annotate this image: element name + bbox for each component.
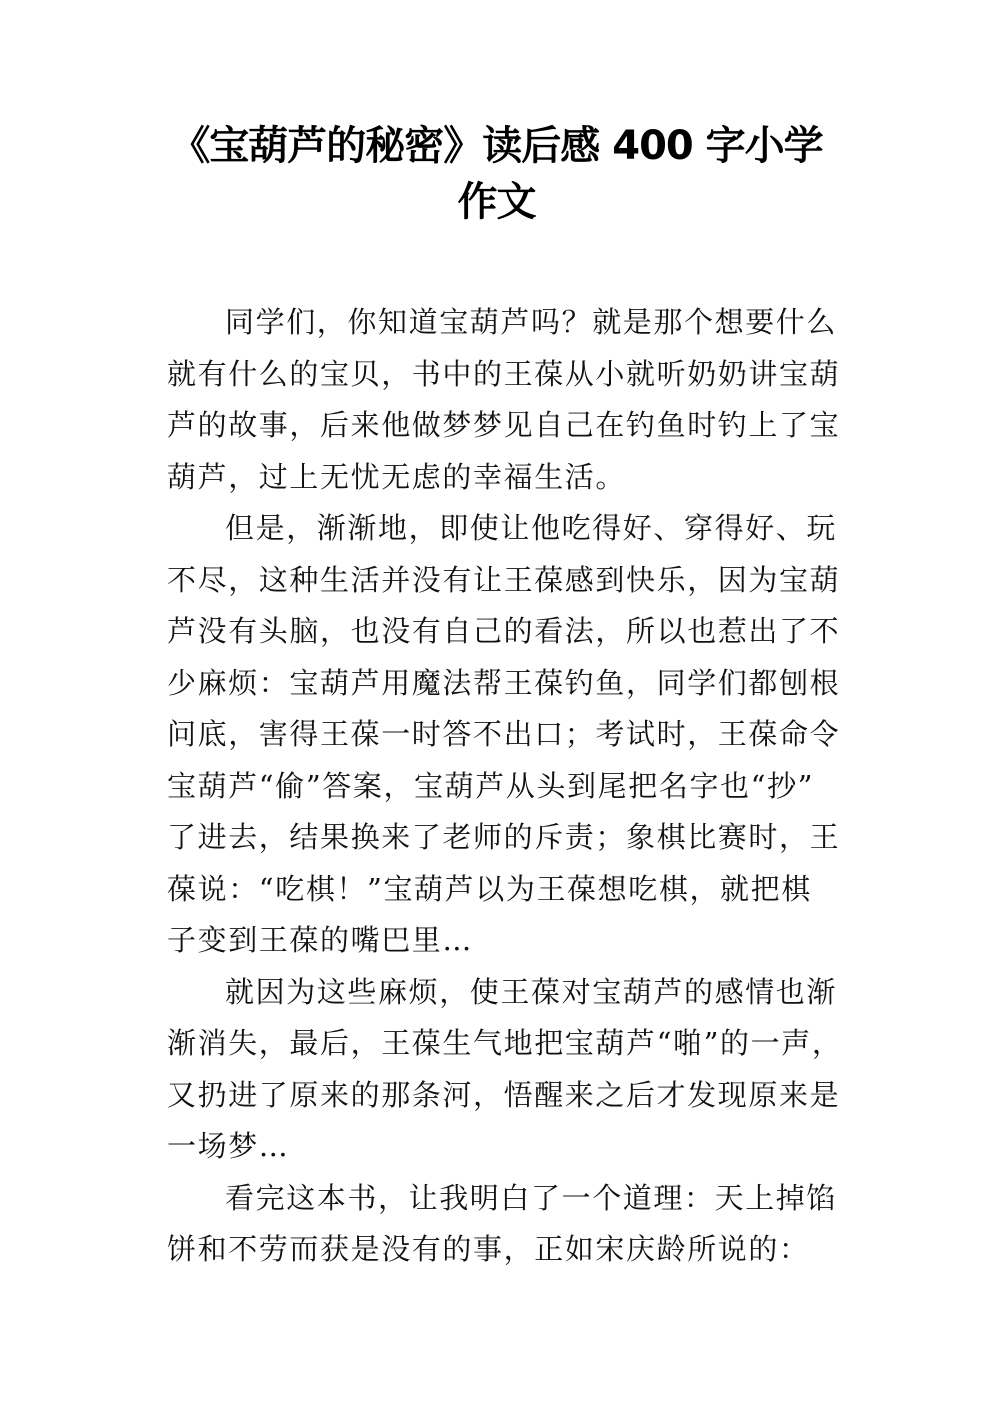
paragraph-4: 看完这本书，让我明白了一个道理：天上掉馅 饼和不劳而获是没有的事，正如宋庆龄所说… xyxy=(167,1173,837,1276)
paragraph-1: 同学们，你知道宝葫芦吗？就是那个想要什么 就有什么的宝贝，书中的王葆从小就听奶奶… xyxy=(167,297,837,503)
paragraph-3: 就因为这些麻烦，使王葆对宝葫芦的感情也渐 渐消失，最后，王葆生气地把宝葫芦“啪”… xyxy=(167,967,837,1173)
document-body: 同学们，你知道宝葫芦吗？就是那个想要什么 就有什么的宝贝，书中的王葆从小就听奶奶… xyxy=(167,297,837,1276)
text-line: 少麻烦：宝葫芦用魔法帮王葆钓鱼，同学们都刨根 xyxy=(167,658,837,710)
paragraph-2: 但是，渐渐地，即使让他吃得好、穿得好、玩 不尽，这种生活并没有让王葆感到快乐，因… xyxy=(167,503,837,967)
text-line: 渐消失，最后，王葆生气地把宝葫芦“啪”的一声， xyxy=(167,1018,837,1070)
text-line: 了进去，结果换来了老师的斥责；象棋比赛时，王 xyxy=(167,812,837,864)
text-line: 就因为这些麻烦，使王葆对宝葫芦的感情也渐 xyxy=(167,967,837,1019)
text-line: 葆说：“吃棋！”宝葫芦以为王葆想吃棋，就把棋 xyxy=(167,864,837,916)
text-line: 就有什么的宝贝，书中的王葆从小就听奶奶讲宝葫 xyxy=(167,349,837,401)
text-line: 芦的故事，后来他做梦梦见自己在钓鱼时钓上了宝 xyxy=(167,400,837,452)
text-line: 一场梦… xyxy=(167,1121,837,1173)
title-line-2: 作文 xyxy=(0,174,993,230)
text-line: 同学们，你知道宝葫芦吗？就是那个想要什么 xyxy=(167,297,837,349)
text-line: 芦没有头脑，也没有自己的看法，所以也惹出了不 xyxy=(167,606,837,658)
document-title: 《宝葫芦的秘密》读后感 400 字小学 作文 xyxy=(0,118,993,230)
document-page: 《宝葫芦的秘密》读后感 400 字小学 作文 同学们，你知道宝葫芦吗？就是那个想… xyxy=(0,0,993,1404)
text-line: 看完这本书，让我明白了一个道理：天上掉馅 xyxy=(167,1173,837,1225)
text-line: 子变到王葆的嘴巴里… xyxy=(167,915,837,967)
text-line: 葫芦，过上无忧无虑的幸福生活。 xyxy=(167,452,837,504)
text-line: 又扔进了原来的那条河，悟醒来之后才发现原来是 xyxy=(167,1070,837,1122)
text-line: 饼和不劳而获是没有的事，正如宋庆龄所说的： xyxy=(167,1224,837,1276)
text-line: 但是，渐渐地，即使让他吃得好、穿得好、玩 xyxy=(167,503,837,555)
text-line: 问底，害得王葆一时答不出口；考试时，王葆命令 xyxy=(167,709,837,761)
title-line-1: 《宝葫芦的秘密》读后感 400 字小学 xyxy=(0,118,993,174)
text-line: 不尽，这种生活并没有让王葆感到快乐，因为宝葫 xyxy=(167,555,837,607)
text-line: 宝葫芦“偷”答案，宝葫芦从头到尾把名字也“抄” xyxy=(167,761,837,813)
